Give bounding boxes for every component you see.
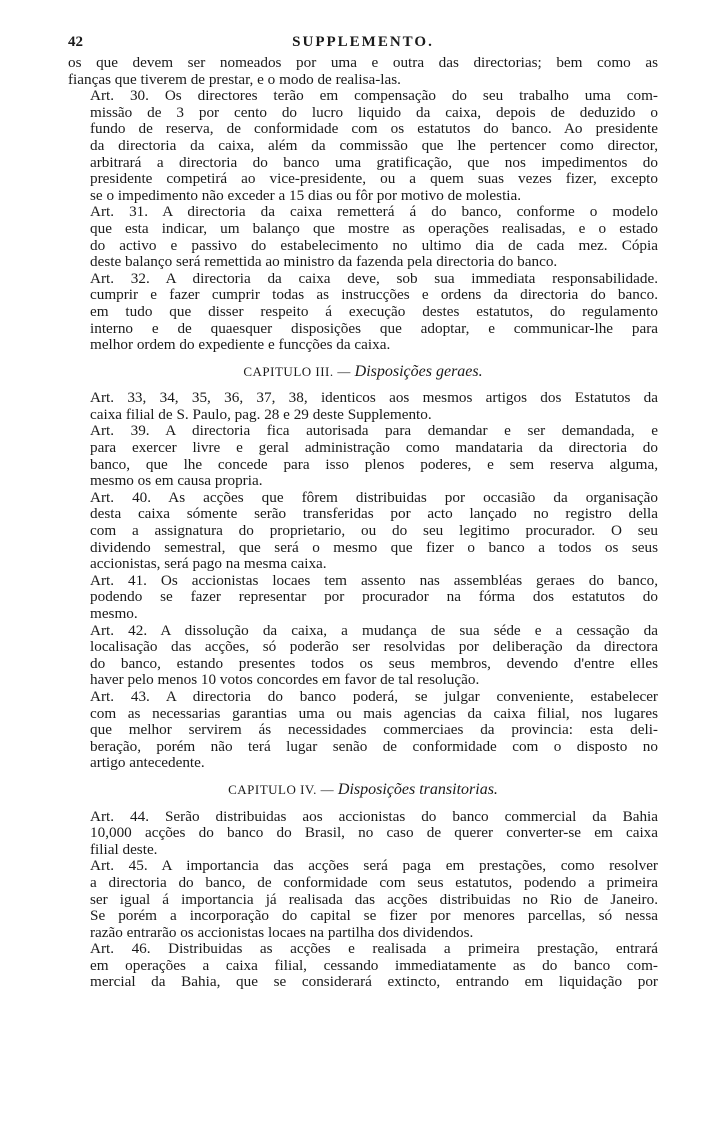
text-line: Art. 43. A directoria do banco poderá, s… [68,689,658,706]
text-line: mesmo. [68,606,658,623]
text-line: filial deste. [68,842,658,859]
article-paragraph: Art. 39. A directoria fica autorisada pa… [68,423,658,489]
text-line: cumprir e fazer cumprir todas as instruc… [68,287,658,304]
text-line: fianças que tiverem de prestar, e o modo… [68,72,658,89]
text-line: mesmo os em causa propria. [68,473,658,490]
text-line: ser igual á importancia já realisada das… [68,892,658,909]
text-line: arbitrará a directoria do banco uma grat… [68,155,658,172]
text-line: Se porém a incorporação do capital se fi… [68,908,658,925]
article-paragraph: Art. 44. Serão distribuidas aos accionis… [68,809,658,859]
page-header: 42 SUPPLEMENTO. [68,34,658,54]
article-paragraph: Art. 33, 34, 35, 36, 37, 38, identicos a… [68,390,658,423]
article-paragraph: Art. 41. Os accionistas locaes tem assen… [68,573,658,623]
text-line: caixa filial de S. Paulo, pag. 28 e 29 d… [68,407,658,424]
article-paragraph: Art. 40. As acções que fôrem distribuida… [68,490,658,573]
article-paragraph: Art. 46. Distribuidas as acções e realis… [68,941,658,991]
text-line: que esta indicar, um balanço que mostre … [68,221,658,238]
text-line: presidente competirá ao vice-presidente,… [68,171,658,188]
text-line: fundo de reserva, de conformidade com os… [68,121,658,138]
text-line: localisação das acções, só poderão ser r… [68,639,658,656]
text-line: podendo se fazer representar por procura… [68,589,658,606]
text-line: com as necessarias garantias uma ou mais… [68,706,658,723]
article-paragraph: Art. 30. Os directores terão em compensa… [68,88,658,204]
text-line: para exercer livre e geral administração… [68,440,658,457]
text-line: Art. 32. A directoria da caixa deve, sob… [68,271,658,288]
text-line: com a assignatura do proprietario, ou do… [68,523,658,540]
text-line: que melhor servirem ás necessidades comm… [68,722,658,739]
text-line: Art. 42. A dissolução da caixa, a mudanç… [68,623,658,640]
chapter-number: CAPITULO IV. — [228,782,334,797]
text-line: Art. 30. Os directores terão em compensa… [68,88,658,105]
text-line: missão de 3 por cento do lucro liquido d… [68,105,658,122]
text-line: 10,000 acções do banco do Brasil, no cas… [68,825,658,842]
body-text: os que devem ser nomeados por uma e outr… [68,55,658,991]
text-line: Art. 46. Distribuidas as acções e realis… [68,941,658,958]
text-line: Art. 31. A directoria da caixa remetterá… [68,204,658,221]
article-paragraph: Art. 43. A directoria do banco poderá, s… [68,689,658,772]
text-line: beração, porém não terá lugar senão de c… [68,739,658,756]
text-line: banco, que lhe concede para isso plenos … [68,457,658,474]
chapter-title: Disposições geraes. [355,363,483,380]
text-line: em tudo que disser respeito á execução d… [68,304,658,321]
text-line: razão entrarão os accionistas locaes na … [68,925,658,942]
text-line: os que devem ser nomeados por uma e outr… [68,55,658,72]
text-line: Art. 45. A importancia das acções será p… [68,858,658,875]
text-line: haver pelo menos 10 votos concordes em f… [68,672,658,689]
text-line: melhor ordem do expediente e funcções da… [68,337,658,354]
text-line: mercial da Bahia, que se considerará ext… [68,974,658,991]
text-line: do activo e passivo do estabelecimento n… [68,238,658,255]
text-line: em operações a caixa filial, cessando im… [68,958,658,975]
text-line: accionistas, será pago na mesma caixa. [68,556,658,573]
article-paragraph: Art. 32. A directoria da caixa deve, sob… [68,271,658,354]
text-line: do banco, estando presentes todos os seu… [68,656,658,673]
chapter-number: CAPITULO III. — [243,364,351,379]
article-paragraph: Art. 42. A dissolução da caixa, a mudanç… [68,623,658,689]
article-paragraph: Art. 31. A directoria da caixa remetterá… [68,204,658,270]
text-line: desta caixa sómente serão transferidas p… [68,506,658,523]
text-line: se o impedimento não exceder a 15 dias o… [68,188,658,205]
text-line: artigo antecedente. [68,755,658,772]
text-line: dividendo semestral, que será o mesmo qu… [68,540,658,557]
chapter-heading: CAPITULO IV. — Disposições transitorias. [68,782,658,799]
text-line: Art. 40. As acções que fôrem distribuida… [68,490,658,507]
text-line: da directoria da caixa, além da commissã… [68,138,658,155]
document-page: 42 SUPPLEMENTO. os que devem ser nomeado… [0,0,715,1130]
continued-paragraph: os que devem ser nomeados por uma e outr… [68,55,658,88]
text-line: Art. 41. Os accionistas locaes tem assen… [68,573,658,590]
text-line: interno e de quaesquer disposições que a… [68,321,658,338]
chapter-title: Disposições transitorias. [338,781,498,798]
text-line: Art. 39. A directoria fica autorisada pa… [68,423,658,440]
article-paragraph: Art. 45. A importancia das acções será p… [68,858,658,941]
chapter-heading: CAPITULO III. — Disposições geraes. [68,364,658,381]
text-line: deste balanço será remettida ao ministro… [68,254,658,271]
text-line: a directoria do banco, de conformidade c… [68,875,658,892]
running-title: SUPPLEMENTO. [68,34,658,51]
text-line: Art. 44. Serão distribuidas aos accionis… [68,809,658,826]
text-line: Art. 33, 34, 35, 36, 37, 38, identicos a… [68,390,658,407]
